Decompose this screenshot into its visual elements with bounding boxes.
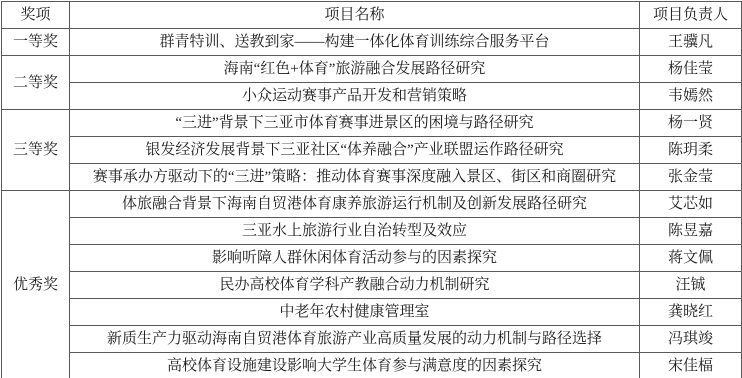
table-row: 赛事承办方驱动下的“三进”策略：推动体育赛事深度融入景区、街区和商圈研究 张金莹	[2, 164, 742, 191]
project-cell: 海南“红色+体育”旅游融合发展路径研究	[70, 56, 640, 83]
award-table: 奖项 项目名称 项目负责人 一等奖 群青特训、送教到家——构建一体化体育训练综合…	[1, 1, 742, 378]
project-cell: 民办高校体育学科产教融合动力机制研究	[70, 272, 640, 299]
project-cell: 三亚水上旅游行业自治转型及效应	[70, 218, 640, 245]
table-row: 民办高校体育学科产教融合动力机制研究 汪铖	[2, 272, 742, 299]
project-cell: 群青特训、送教到家——构建一体化体育训练综合服务平台	[70, 29, 640, 56]
table-row: 二等奖 海南“红色+体育”旅游融合发展路径研究 杨佳莹	[2, 56, 742, 83]
table-row: 优秀奖 体旅融合背景下海南自贸港体育康养旅游运行机制及创新发展路径研究 艾芯如	[2, 191, 742, 218]
header-cell-award: 奖项	[2, 2, 70, 29]
leader-cell: 张金莹	[640, 164, 742, 191]
table-row: 三亚水上旅游行业自治转型及效应 陈昱嘉	[2, 218, 742, 245]
leader-cell: 冯琪竣	[640, 326, 742, 353]
project-cell: 高校体育设施建设影响大学生体育参与满意度的因素探究	[70, 353, 640, 378]
table-row: 中老年农村健康管理室 龚晓红	[2, 299, 742, 326]
header-row: 奖项 项目名称 项目负责人	[2, 2, 742, 29]
leader-cell: 王骥凡	[640, 29, 742, 56]
leader-cell: 蒋文佩	[640, 245, 742, 272]
award-cell: 二等奖	[2, 56, 70, 110]
leader-cell: 韦嫣然	[640, 83, 742, 110]
table-row: 高校体育设施建设影响大学生体育参与满意度的因素探究 宋佳楅	[2, 353, 742, 378]
header-cell-project: 项目名称	[70, 2, 640, 29]
table-row: 影响听障人群休闲体育活动参与的因素探究 蒋文佩	[2, 245, 742, 272]
leader-cell: 龚晓红	[640, 299, 742, 326]
project-cell: 小众运动赛事产品开发和营销策略	[70, 83, 640, 110]
leader-cell: 杨一贤	[640, 110, 742, 137]
award-cell: 优秀奖	[2, 191, 70, 378]
project-cell: 体旅融合背景下海南自贸港体育康养旅游运行机制及创新发展路径研究	[70, 191, 640, 218]
leader-cell: 杨佳莹	[640, 56, 742, 83]
header-cell-leader: 项目负责人	[640, 2, 742, 29]
leader-cell: 汪铖	[640, 272, 742, 299]
award-cell: 三等奖	[2, 110, 70, 191]
leader-cell: 宋佳楅	[640, 353, 742, 378]
table-row: 一等奖 群青特训、送教到家——构建一体化体育训练综合服务平台 王骥凡	[2, 29, 742, 56]
table-row: 银发经济发展背景下三亚社区“体养融合”产业联盟运作路径研究 陈玥柔	[2, 137, 742, 164]
leader-cell: 艾芯如	[640, 191, 742, 218]
table-row: 三等奖 “三进”背景下三亚市体育赛事进景区的困境与路径研究 杨一贤	[2, 110, 742, 137]
leader-cell: 陈玥柔	[640, 137, 742, 164]
award-cell: 一等奖	[2, 29, 70, 56]
project-cell: 影响听障人群休闲体育活动参与的因素探究	[70, 245, 640, 272]
project-cell: 银发经济发展背景下三亚社区“体养融合”产业联盟运作路径研究	[70, 137, 640, 164]
project-cell: “三进”背景下三亚市体育赛事进景区的困境与路径研究	[70, 110, 640, 137]
leader-cell: 陈昱嘉	[640, 218, 742, 245]
table-row: 小众运动赛事产品开发和营销策略 韦嫣然	[2, 83, 742, 110]
project-cell: 中老年农村健康管理室	[70, 299, 640, 326]
project-cell: 赛事承办方驱动下的“三进”策略：推动体育赛事深度融入景区、街区和商圈研究	[70, 164, 640, 191]
project-cell: 新质生产力驱动海南自贸港体育旅游产业高质量发展的动力机制与路径选择	[70, 326, 640, 353]
table-row: 新质生产力驱动海南自贸港体育旅游产业高质量发展的动力机制与路径选择 冯琪竣	[2, 326, 742, 353]
